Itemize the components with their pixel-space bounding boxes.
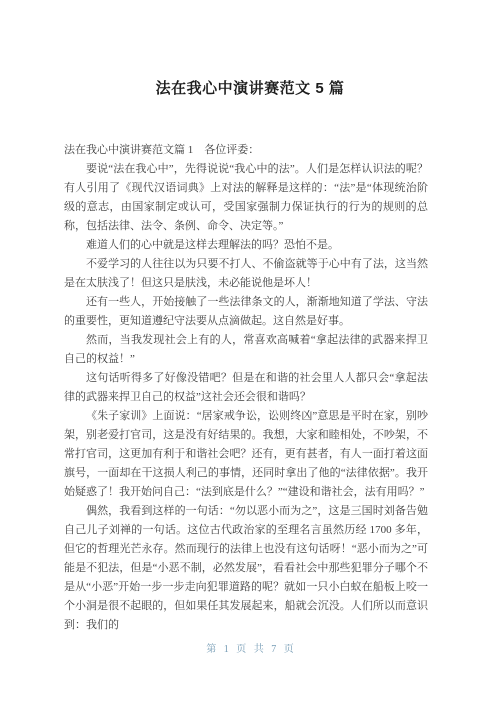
paragraph: 还有一些人，开始接触了一些法律条文的人，渐渐地知道了学法、守法的重要性，更知道遵… xyxy=(64,293,428,331)
paragraph-salutation: 法在我心中演讲赛范文篇 1 各位评委： xyxy=(64,141,428,160)
paragraph: 要说“法在我心中”，先得说说“我心中的法”。人们是怎样认识法的呢？有人引用了《现… xyxy=(64,160,428,236)
paragraph: 《朱子家训》上面说：“居家戒争讼，讼则终凶”意思是平时在家，别吵架，别老爱打官司… xyxy=(64,407,428,502)
page-footer: 第 1 页 共 7 页 xyxy=(0,643,500,657)
document-body: 法在我心中演讲赛范文篇 1 各位评委： 要说“法在我心中”，先得说说“我心中的法… xyxy=(64,141,428,635)
paragraph: 偶然，我看到这样的一句话：“勿以恶小而为之”，这是三国时刘备告勉自己儿子刘禅的一… xyxy=(64,502,428,635)
paragraph: 难道人们的心中就是这样去理解法的吗？恐怕不是。 xyxy=(64,236,428,255)
document-page: 法在我心中演讲赛范文 5 篇 法在我心中演讲赛范文篇 1 各位评委： 要说“法在… xyxy=(0,0,500,707)
page-number-indicator: 第 1 页 共 7 页 xyxy=(206,644,294,655)
paragraph: 然而，当我发现社会上有的人，常喜欢高喊着“拿起法律的武器来捍卫自己的权益！” xyxy=(64,331,428,369)
paragraph: 不爱学习的人往往以为只要不打人、不偷盗就等于心中有了法，这当然是在太肤浅了！但这… xyxy=(64,255,428,293)
paragraph: 这句话听得多了好像没错吧？但是在和谐的社会里人人都只会“拿起法律的武器来捍卫自己… xyxy=(64,369,428,407)
document-title: 法在我心中演讲赛范文 5 篇 xyxy=(0,77,500,98)
